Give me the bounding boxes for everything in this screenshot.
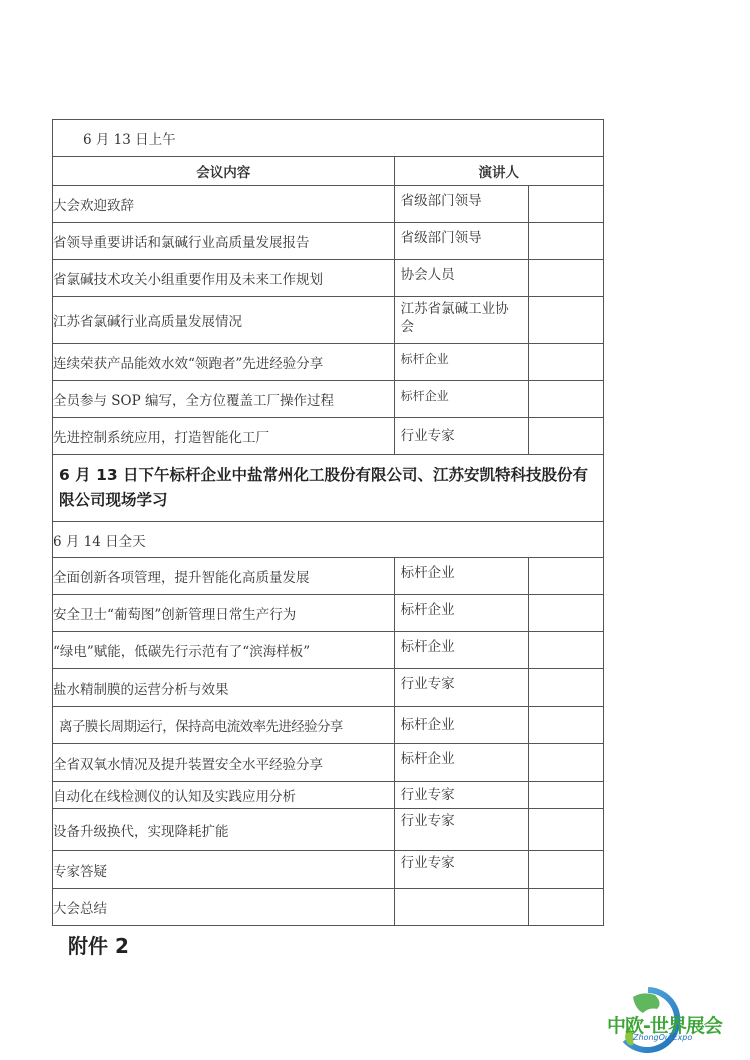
row-speaker (394, 889, 528, 926)
table-row: 自动化在线检测仪的认知及实践应用分析 行业专家 (53, 782, 604, 809)
table-row: 全面创新各项管理，提升智能化高质量发展 标杆企业 (53, 558, 604, 595)
row-content: 江苏省氯碱行业高质量发展情况 (53, 297, 395, 344)
row-extra (528, 809, 603, 851)
row-speaker: 标杆企业 (394, 558, 528, 595)
row-extra (528, 851, 603, 889)
afternoon-visit-row: 6 月 13 日下午标杆企业中盐常州化工股份有限公司、江苏安凯特科技股份有限公司… (53, 455, 604, 522)
row-speaker: 行业专家 (394, 669, 528, 707)
row-content: 大会总结 (53, 889, 395, 926)
row-content: 连续荣获产品能效水效“领跑者”先进经验分享 (53, 344, 395, 381)
row-content: 全面创新各项管理，提升智能化高质量发展 (53, 558, 395, 595)
table-row: 先进控制系统应用，打造智能化工厂 行业专家 (53, 418, 604, 455)
row-speaker: 标杆企业 (394, 595, 528, 632)
row-speaker: 标杆企业 (394, 344, 528, 381)
row-content: 专家答疑 (53, 851, 395, 889)
row-extra (528, 782, 603, 809)
row-speaker: 省级部门领导 (394, 223, 528, 260)
row-extra (528, 186, 603, 223)
row-speaker: 标杆企业 (394, 744, 528, 782)
row-speaker: 标杆企业 (394, 381, 528, 418)
row-speaker: 行业专家 (394, 418, 528, 455)
row-speaker: 行业专家 (394, 851, 528, 889)
row-content: 自动化在线检测仪的认知及实践应用分析 (53, 782, 395, 809)
row-extra (528, 344, 603, 381)
row-content: 离子膜长周期运行，保持高电流效率先进经验分享 (53, 707, 395, 744)
table-row: 省领导重要讲话和氯碱行业高质量发展报告 省级部门领导 (53, 223, 604, 260)
row-content: 大会欢迎致辞 (53, 186, 395, 223)
row-speaker: 行业专家 (394, 782, 528, 809)
table-row: 江苏省氯碱行业高质量发展情况 江苏省氯碱工业协会 (53, 297, 604, 344)
row-content: 设备升级换代，实现降耗扩能 (53, 809, 395, 851)
table-row: 大会欢迎致辞 省级部门领导 (53, 186, 604, 223)
section-row-fullday: 6 月 14 日全天 (53, 522, 604, 558)
table-row: “绿电”赋能，低碳先行示范有了“滨海样板” 标杆企业 (53, 632, 604, 669)
table-row: 全员参与 SOP 编写，全方位覆盖工厂操作过程 标杆企业 (53, 381, 604, 418)
row-extra (528, 595, 603, 632)
row-content: 安全卫士“葡萄图”创新管理日常生产行为 (53, 595, 395, 632)
row-speaker: 协会人员 (394, 260, 528, 297)
row-speaker: 标杆企业 (394, 632, 528, 669)
table-row: 连续荣获产品能效水效“领跑者”先进经验分享 标杆企业 (53, 344, 604, 381)
header-speaker: 演讲人 (394, 157, 603, 186)
section-row-morning: 6 月 13 日上午 (53, 120, 604, 157)
row-speaker: 行业专家 (394, 809, 528, 851)
expo-logo: 中欧-世界展会 ZhongOu Expo (603, 985, 743, 1055)
row-speaker: 标杆企业 (394, 707, 528, 744)
row-extra (528, 669, 603, 707)
logo-subtext: ZhongOu Expo (633, 1033, 692, 1042)
row-content: 省领导重要讲话和氯碱行业高质量发展报告 (53, 223, 395, 260)
row-extra (528, 297, 603, 344)
section-morning-label: 6 月 13 日上午 (53, 120, 604, 157)
table-row: 离子膜长周期运行，保持高电流效率先进经验分享 标杆企业 (53, 707, 604, 744)
row-content: “绿电”赋能，低碳先行示范有了“滨海样板” (53, 632, 395, 669)
row-extra (528, 889, 603, 926)
table-row: 设备升级换代，实现降耗扩能 行业专家 (53, 809, 604, 851)
row-extra (528, 260, 603, 297)
row-content: 省氯碱技术攻关小组重要作用及未来工作规划 (53, 260, 395, 297)
row-extra (528, 223, 603, 260)
row-content: 先进控制系统应用，打造智能化工厂 (53, 418, 395, 455)
row-content: 全省双氧水情况及提升装置安全水平经验分享 (53, 744, 395, 782)
row-speaker: 江苏省氯碱工业协会 (394, 297, 528, 344)
afternoon-visit-text: 6 月 13 日下午标杆企业中盐常州化工股份有限公司、江苏安凯特科技股份有限公司… (53, 455, 604, 522)
row-extra (528, 744, 603, 782)
row-extra (528, 558, 603, 595)
row-extra (528, 632, 603, 669)
row-content: 全员参与 SOP 编写，全方位覆盖工厂操作过程 (53, 381, 395, 418)
table-row: 盐水精制膜的运营分析与效果 行业专家 (53, 669, 604, 707)
table-header-row: 会议内容 演讲人 (53, 157, 604, 186)
table-row: 全省双氧水情况及提升装置安全水平经验分享 标杆企业 (53, 744, 604, 782)
row-extra (528, 381, 603, 418)
section-fullday-label: 6 月 14 日全天 (53, 522, 604, 558)
table-row: 省氯碱技术攻关小组重要作用及未来工作规划 协会人员 (53, 260, 604, 297)
header-content: 会议内容 (53, 157, 395, 186)
row-content: 盐水精制膜的运营分析与效果 (53, 669, 395, 707)
row-extra (528, 418, 603, 455)
row-extra (528, 707, 603, 744)
row-speaker: 省级部门领导 (394, 186, 528, 223)
table-row: 大会总结 (53, 889, 604, 926)
agenda-table: 6 月 13 日上午 会议内容 演讲人 大会欢迎致辞 省级部门领导 省领导重要讲… (52, 119, 604, 926)
annex-label: 附件 2 (68, 930, 129, 959)
table-row: 安全卫士“葡萄图”创新管理日常生产行为 标杆企业 (53, 595, 604, 632)
table-row: 专家答疑 行业专家 (53, 851, 604, 889)
